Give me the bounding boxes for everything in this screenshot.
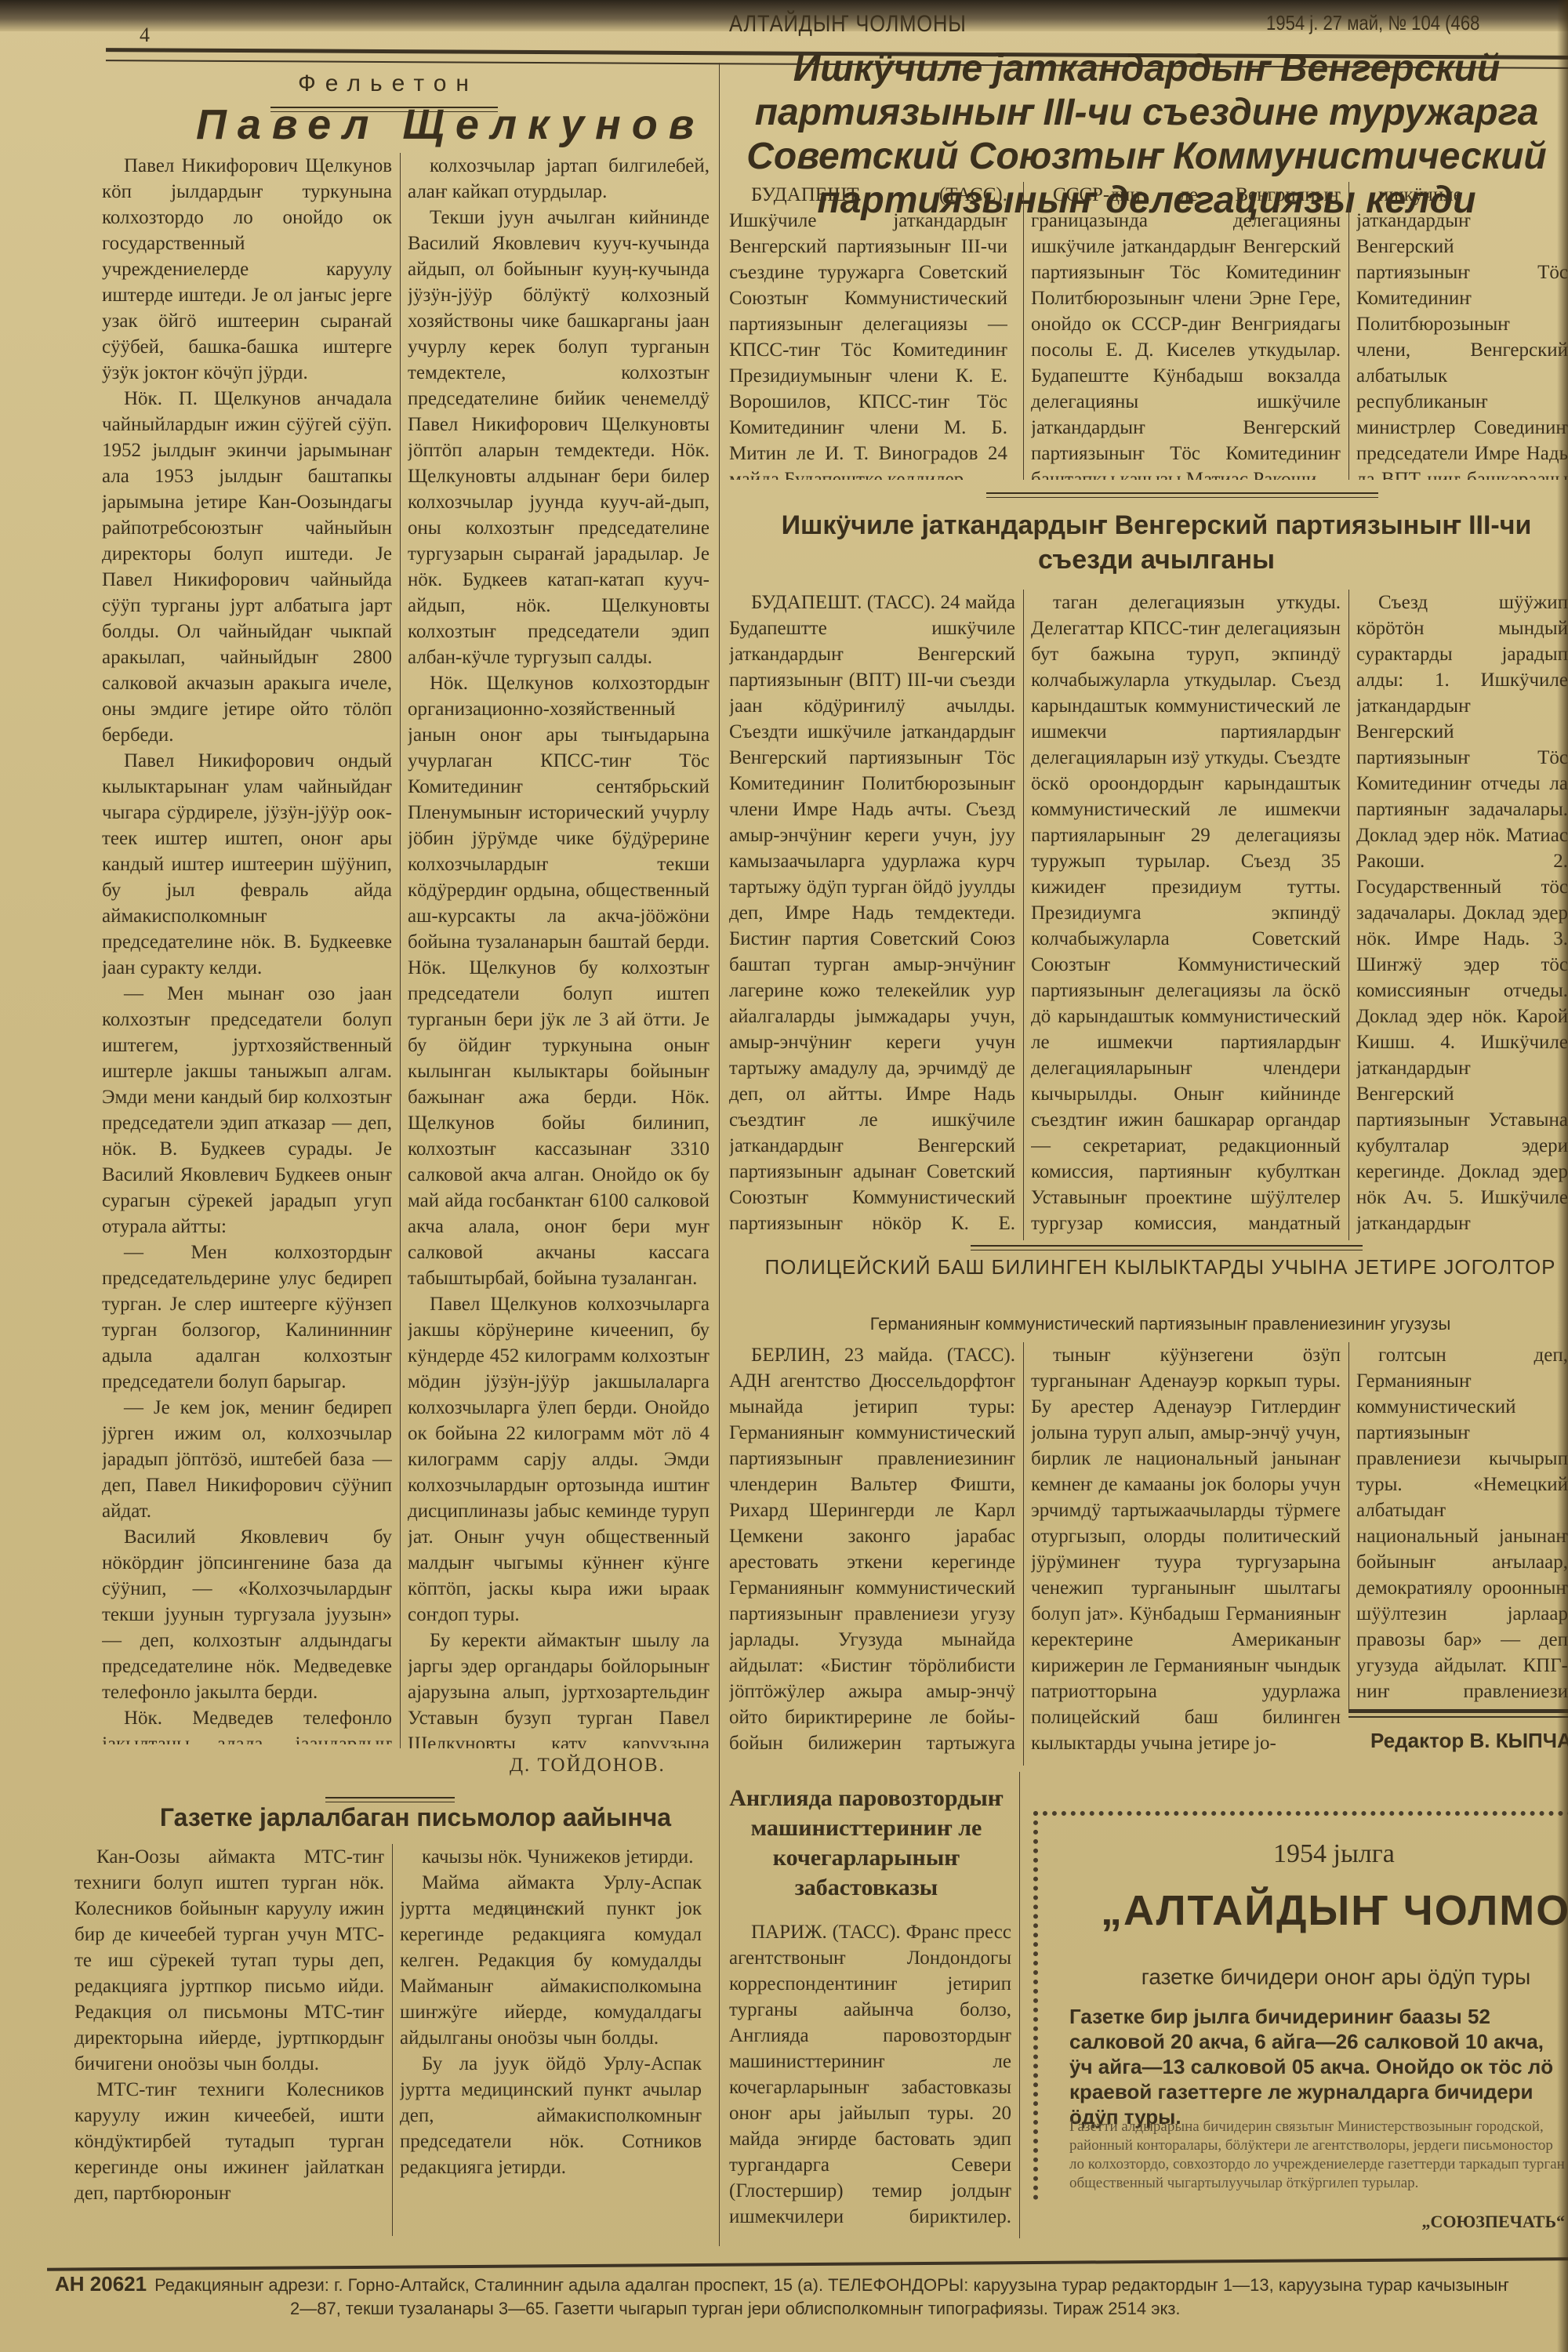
delegation-column-2: СССР-диҥ ле Венгрияныҥ границазында деле… <box>1031 182 1341 480</box>
paragraph: Текши јуун ачылган кийнинде Василий Яков… <box>408 205 710 670</box>
footer-rule <box>47 2257 1568 2271</box>
paragraph: — Мен колхозтордыҥ председательдерине ул… <box>102 1240 392 1395</box>
paragraph: БУДАПЕШТ. (ТАСС). 24 майда Будапештте иш… <box>729 590 1015 1240</box>
paragraph: Бу ла јуук ӧйдӧ Урлу-Аспак јуртта медици… <box>400 2051 702 2180</box>
police-subheadline: Германияныҥ коммунистический партиязыныҥ… <box>753 1314 1568 1334</box>
editor-credit: Редактор В. КЫПЧА <box>1370 1729 1568 1753</box>
subscription-ad: 1954 јылга „АЛТАЙДЫҤ ЧОЛМОНЫ“ газетке би… <box>1033 1811 1568 2200</box>
column-divider <box>400 153 401 1748</box>
feuilleton-title: Павел Щелкунов <box>196 100 705 149</box>
column-divider <box>392 1844 393 2236</box>
ad-year: 1954 јылга <box>1273 1839 1395 1869</box>
paragraph: Майма аймакта Урлу-Аспак јуртта медицинс… <box>400 1870 702 2051</box>
congress-column-1: БУДАПЕШТ. (ТАСС). 24 майда Будапештте иш… <box>729 590 1015 1240</box>
paragraph: Кан-Оозы аймакта МТС-тиҥ техниги болуп и… <box>74 1844 384 2077</box>
england-body: ПАРИЖ. (ТАСС). Франс пресс агентствоныҥ … <box>729 1919 1011 2233</box>
divider <box>325 1797 455 1802</box>
england-headline: Англияда паровозтордыҥ машинисттериниҥ л… <box>710 1784 1023 1903</box>
page-number: 4 <box>140 24 150 47</box>
section-kicker: Фельетон <box>298 71 478 97</box>
divider <box>986 492 1378 498</box>
paragraph: Василий Яковлевич бу нӧкӧрдиҥ јӧпсингени… <box>102 1524 392 1705</box>
paragraph: ишкӱчиле јаткандардыҥ Венгерский партияз… <box>1356 182 1568 480</box>
police-headline: ПОЛИЦЕЙСКИЙ БАШ БИЛИНГЕН КЫЛЫКТАРДЫ УЧЫН… <box>753 1254 1568 1279</box>
main-column-divider <box>719 63 720 2246</box>
paragraph: Бу керекти аймактыҥ шылу ла јаргы эдер о… <box>408 1628 710 1748</box>
congress-column-2: таган делегациязын уткуды. Делегаттар КП… <box>1031 590 1341 1240</box>
police-column-2: тыныҥ кӱӱнзегени ӧзӱп турганынаҥ Аденауэ… <box>1031 1342 1341 1762</box>
ad-price: Газетке бир јылга бичидериниҥ баазы 52 с… <box>1069 2004 1568 2129</box>
paragraph: Нӧк. П. Щелкунов анчадала чайныйлардыҥ и… <box>102 386 392 748</box>
ad-note: Газетти алдырарына бичидерин связьтыҥ Ми… <box>1069 2118 1568 2193</box>
paragraph: БУДАПЕШТ. (ТАСС). Ишкӱчиле јаткандардыҥ … <box>729 182 1007 480</box>
paragraph: МТС-тиҥ техниги Колесников каруулу ижин … <box>74 2077 384 2206</box>
paragraph: СССР-диҥ ле Венгрияныҥ границазында деле… <box>1031 182 1341 480</box>
newspaper-page: 4 АЛТАЙДЫҤ ЧОЛМОНЫ 1954 ј. 27 май, № 104… <box>0 0 1568 2352</box>
separator-stars: ☆☆☆ <box>502 1900 568 1920</box>
paragraph: колхозчылар јартап билгилебей, алаҥ кайк… <box>408 153 710 205</box>
letters-headline: Газетке јарлалбаган письмолор аайынча <box>125 1803 706 1832</box>
ad-signature: „СОЮЗПЕЧАТЬ“ <box>1422 2212 1566 2232</box>
feuilleton-column-2: колхозчылар јартап билгилебей, алаҥ кайк… <box>408 153 710 1748</box>
paragraph: тыныҥ кӱӱнзегени ӧзӱп турганынаҥ Аденауэ… <box>1031 1342 1341 1756</box>
divider <box>971 1245 1363 1250</box>
police-column-3: голтсын деп, Германияныҥ коммунистически… <box>1356 1342 1568 1703</box>
paragraph: голтсын деп, Германияныҥ коммунистически… <box>1356 1342 1568 1703</box>
paragraph: качызы нӧк. Чунижеков јетирди. <box>400 1844 702 1870</box>
paragraph: — Је кем јок, мениҥ бедиреп јӱрген ижим … <box>102 1395 392 1524</box>
ad-tagline: газетке бичидери оноҥ ары ӧдӱп туры <box>1101 1965 1568 1990</box>
congress-column-3: Съезд шӱӱжип кӧрӧтӧн мындый сурактарды ј… <box>1356 590 1568 1240</box>
imprint-line-2: 2—87, текши тузаланары 3—65. Газетти чыг… <box>55 2297 1568 2321</box>
congress-headline-text: Ишкӱчиле јаткандардыҥ Венгерский партияз… <box>745 508 1568 577</box>
paragraph: Нӧк. Щелкунов колхозтордыҥ организационн… <box>408 670 710 1291</box>
delegation-column-3: ишкӱчиле јаткандардыҥ Венгерский партияз… <box>1356 182 1568 480</box>
congress-headline: Ишкӱчиле јаткандардыҥ Венгерский партияз… <box>745 508 1568 577</box>
england-paragraph: ПАРИЖ. (ТАСС). Франс пресс агентствоныҥ … <box>729 1919 1011 2233</box>
paragraph: — Мен мынаҥ озо јаан колхозтыҥ председат… <box>102 981 392 1240</box>
paragraph: Съезд шӱӱжип кӧрӧтӧн мындый сурактарды ј… <box>1356 590 1568 1240</box>
paragraph: таган делегациязын уткуды. Делегаттар КП… <box>1031 590 1341 1240</box>
imprint-code: АН 20621 <box>55 2272 147 2296</box>
paragraph: Павел Щелкунов колхозчыларга јакшы кӧрӱн… <box>408 1291 710 1628</box>
author-signature: Д. ТОЙДОНОВ. <box>510 1755 666 1777</box>
column-divider <box>1023 1342 1024 1766</box>
feuilleton-column-1: Павел Никифорович Щелкунов кӧп јылдардыҥ… <box>102 153 392 1744</box>
paragraph: Нӧк. Медведев телефонло јакылтаны алала,… <box>102 1705 392 1744</box>
column-divider <box>1348 182 1349 480</box>
dateline: 1954 ј. 27 май, № 104 (468 <box>1266 11 1479 35</box>
delegation-column-1: БУДАПЕШТ. (ТАСС). Ишкӱчиле јаткандардыҥ … <box>729 182 1007 480</box>
letters-column-1: Кан-Оозы аймакта МТС-тиҥ техниги болуп и… <box>74 1844 384 2236</box>
paragraph: Павел Никифорович Щелкунов кӧп јылдардыҥ… <box>102 153 392 386</box>
column-divider <box>1019 1772 1020 2238</box>
paragraph: Павел Никифорович ондый кылыктарынаҥ ула… <box>102 748 392 981</box>
column-divider <box>1348 1342 1349 1711</box>
column-divider <box>1348 590 1349 1240</box>
police-column-1: БЕРЛИН, 23 майда. (ТАСС). АДН агентство … <box>729 1342 1015 1762</box>
column-divider <box>1023 182 1024 480</box>
imprint-line-1: Редакцияныҥ адрези: г. Горно-Алтайск, Ст… <box>154 2275 1509 2295</box>
ad-newspaper-name: „АЛТАЙДЫҤ ЧОЛМОНЫ“ <box>1101 1886 1568 1935</box>
column-divider <box>1023 590 1024 1240</box>
editor-rule <box>1348 1709 1568 1718</box>
paragraph: БЕРЛИН, 23 майда. (ТАСС). АДН агентство … <box>729 1342 1015 1762</box>
imprint: АН 20621Редакцияныҥ адрези: г. Горно-Алт… <box>55 2272 1568 2321</box>
masthead: АЛТАЙДЫҤ ЧОЛМОНЫ <box>729 11 967 38</box>
binding-shadow <box>1557 0 1568 2352</box>
